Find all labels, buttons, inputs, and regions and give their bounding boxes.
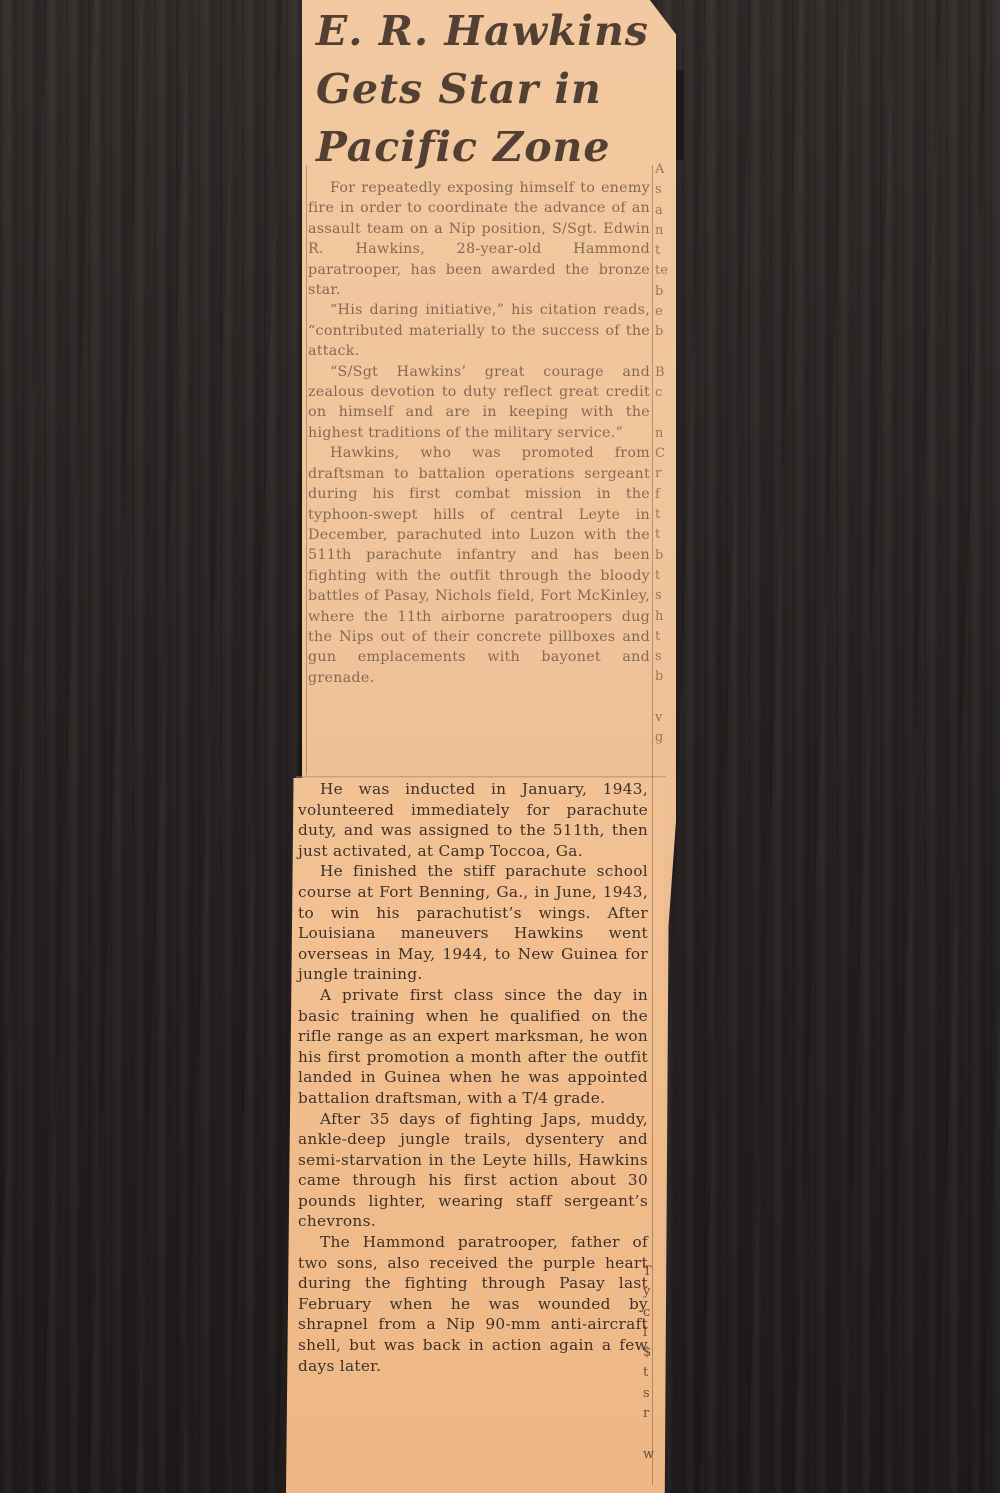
article-paragraph: “His daring initiative,” his citation re… (308, 300, 650, 361)
headline: E. R. Hawkins Gets Star in Pacific Zone (316, 2, 656, 176)
article-paragraph: He finished the stiff parachute school c… (298, 861, 648, 985)
adjacent-column-fragment: A s a n t te b e b B c n C r f t t b t s… (655, 160, 677, 749)
headline-line: Gets Star in (316, 60, 656, 118)
headline-line: Pacific Zone (316, 118, 656, 176)
article-paragraph: “S/Sgt Hawkins’ great courage and zealou… (308, 362, 650, 444)
article-paragraph: After 35 days of fighting Japs, muddy, a… (298, 1109, 648, 1233)
headline-line: E. R. Hawkins (316, 2, 656, 60)
adjacent-column-fragment: T y c l $ t s r w (643, 1262, 665, 1465)
article-paragraph: Hawkins, who was promoted from draftsman… (308, 443, 650, 688)
article-body-upper: For repeatedly exposing himself to enemy… (308, 178, 650, 688)
article-body-lower: He was inducted in January, 1943, volunt… (298, 779, 648, 1376)
article-paragraph: He was inducted in January, 1943, volunt… (298, 779, 648, 861)
article-paragraph: A private first class since the day in b… (298, 985, 648, 1109)
article-paragraph: For repeatedly exposing himself to enemy… (308, 178, 650, 300)
article-paragraph: The Hammond paratrooper, father of two s… (298, 1232, 648, 1376)
column-rule-left (306, 165, 307, 775)
